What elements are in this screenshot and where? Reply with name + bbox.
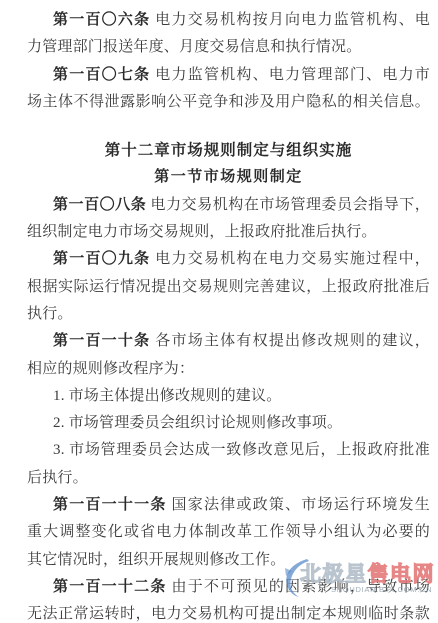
document-text-line: 组织制定电力市场交易规则，上报政府批准后执行。 xyxy=(27,219,430,246)
watermark: 北极星售电网 SHOUDIAN.BJX.COM.CN xyxy=(283,555,438,600)
document-text-line: 力管理部门报送年度、月度交易信息和执行情况。 xyxy=(27,34,430,61)
document-text-line: 2. 市场管理委员会组织讨论规则修改事项。 xyxy=(27,410,430,437)
document-text-line: 后执行。 xyxy=(27,465,430,492)
document-text-line: 3. 市场管理委员会达成一致修改意见后，上报政府批准 xyxy=(27,437,430,464)
document-page: 第一百〇六条 电力交易机构按月向电力监管机构、电力管理部门报送年度、月度交易信息… xyxy=(0,0,438,623)
document-text-line: 执行。 xyxy=(27,301,430,328)
document-text-line: 场主体不得泄露影响公平竞争和涉及用户隐私的相关信息。 xyxy=(27,89,430,116)
watermark-brand-gray: 北极星 xyxy=(300,563,368,586)
article-number: 第一百〇六条 xyxy=(53,12,150,28)
document-text-line: 第一百一十一条 国家法律或政策、市场运行环境发生 xyxy=(27,492,430,519)
watermark-url: SHOUDIAN.BJX.COM.CN xyxy=(331,585,432,594)
watermark-brand-text: 北极星售电网 xyxy=(300,558,435,588)
article-number: 第一百一十二条 xyxy=(53,579,167,595)
document-text-line: 相应的规则修改程序为： xyxy=(27,356,430,383)
article-number: 第一百〇七条 xyxy=(53,67,150,83)
document-text-line: 第一百〇七条 电力监管机构、电力管理部门、电力市 xyxy=(27,62,430,89)
article-number: 第一百〇八条 xyxy=(53,197,146,213)
document-body: 第一百〇六条 电力交易机构按月向电力监管机构、电力管理部门报送年度、月度交易信息… xyxy=(0,0,438,623)
section-heading: 第一节市场规则制定 xyxy=(27,164,430,191)
document-text-line: 第一百一十条 各市场主体有权提出修改规则的建议， xyxy=(27,328,430,355)
document-text-line: 第一百〇六条 电力交易机构按月向电力监管机构、电 xyxy=(27,7,430,34)
document-text-line: 第一百〇八条 电力交易机构在市场管理委员会指导下， xyxy=(27,192,430,219)
document-text-line: 根据实际运行情况提出交易规则完善建议，上报政府批准后 xyxy=(27,274,430,301)
document-text-line: 无法正常运转时，电力交易机构可提出制定本规则临时条款 xyxy=(27,601,430,623)
document-text-line: 1. 市场主体提出修改规则的建议。 xyxy=(27,383,430,410)
article-number: 第一百一十条 xyxy=(53,333,150,349)
watermark-brand-red: 售电网 xyxy=(368,563,436,586)
document-text-line: 第一百〇九条 电力交易机构在电力交易实施过程中， xyxy=(27,246,430,273)
document-text-line: 重大调整变化或省电力体制改革工作领导小组认为必要的 xyxy=(27,519,430,546)
article-number: 第一百一十一条 xyxy=(53,497,167,513)
article-number: 第一百〇九条 xyxy=(53,251,150,267)
chapter-heading: 第十二章市场规则制定与组织实施 xyxy=(27,137,430,164)
